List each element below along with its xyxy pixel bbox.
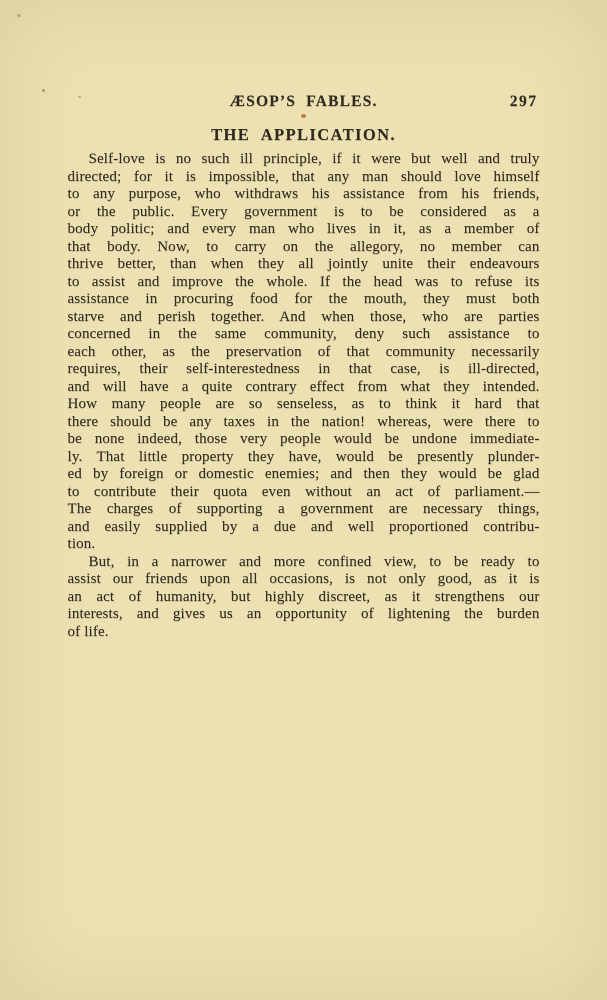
- text-line: concerned in the same community, deny su…: [68, 326, 540, 344]
- text-line: an act of humanity, but highly discreet,…: [68, 589, 540, 607]
- text-line: thrive better, than when they all jointl…: [68, 256, 540, 274]
- text-line: assistance in procuring food for the mou…: [68, 291, 540, 309]
- text-line: starve and perish together. And when tho…: [68, 309, 540, 327]
- text-line: requires, their self-interestedness in t…: [68, 361, 540, 379]
- running-title: ÆSOP’S FABLES.: [229, 93, 377, 110]
- page-body: Self-love is no such ill principle, if i…: [68, 151, 540, 641]
- text-line: But, in a narrower and more confined vie…: [68, 554, 540, 572]
- paper-speck: [17, 14, 21, 17]
- text-line: each other, as the preservation of that …: [68, 344, 540, 362]
- text-line: that body. Now, to carry on the allegory…: [68, 239, 540, 257]
- text-line: ly. That little property they have, woul…: [68, 449, 540, 467]
- book-page: ÆSOP’S FABLES. 297 THE APPLICATION. Self…: [0, 0, 607, 1000]
- text-line: of life.: [68, 624, 540, 642]
- text-line: directed; for it is impossible, that any…: [68, 169, 540, 187]
- text-line: ed by foreign or domestic enemies; and t…: [68, 466, 540, 484]
- text-line: and will have a quite contrary effect fr…: [68, 379, 540, 397]
- text-line: or the public. Every government is to be…: [68, 204, 540, 222]
- paragraph: Self-love is no such ill principle, if i…: [68, 151, 540, 554]
- section-heading: THE APPLICATION.: [68, 125, 540, 144]
- paragraph: But, in a narrower and more confined vie…: [68, 554, 540, 642]
- text-line: there should be any taxes in the nation!…: [68, 414, 540, 432]
- text-line: to assist and improve the whole. If the …: [68, 274, 540, 292]
- text-line: tion.: [68, 536, 540, 554]
- text-line: assist our friends upon all occasions, i…: [68, 571, 540, 589]
- paper-speck: [42, 89, 45, 92]
- text-line: body politic; and every man who lives in…: [68, 221, 540, 239]
- text-line: be none indeed, those very people would …: [68, 431, 540, 449]
- running-header: ÆSOP’S FABLES. 297: [68, 93, 540, 110]
- text-line: to any purpose, who withdraws his assist…: [68, 186, 540, 204]
- text-line: to contribute their quota even without a…: [68, 484, 540, 502]
- text-line: The charges of supporting a government a…: [68, 501, 540, 519]
- text-line: and easily supplied by a due and well pr…: [68, 519, 540, 537]
- text-line: Self-love is no such ill principle, if i…: [68, 151, 540, 169]
- text-line: How many people are so senseless, as to …: [68, 396, 540, 414]
- text-line: interests, and gives us an opportunity o…: [68, 606, 540, 624]
- text-column: ÆSOP’S FABLES. 297 THE APPLICATION. Self…: [68, 0, 540, 641]
- page-number: 297: [510, 93, 538, 110]
